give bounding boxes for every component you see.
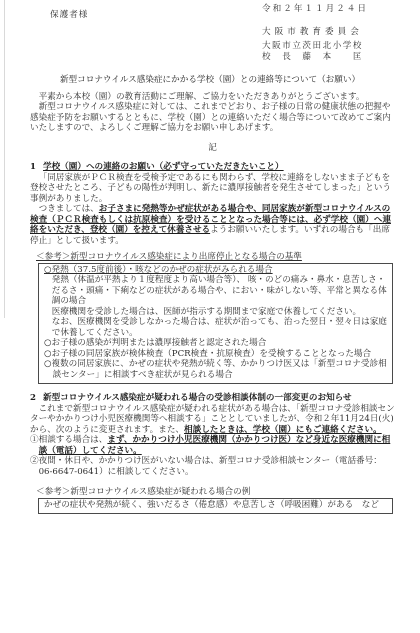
section-2-number: 2 — [30, 393, 36, 403]
box-item-fever-body-2: 医療機関を受診した場合は、医師が指示する期間まで家庭で休養してください。 — [52, 307, 387, 318]
section-2-heading-text: 新型コロナウイルス感染症が疑われる場合の受診相談体制の一部変更のお知らせ — [43, 393, 352, 403]
section-2-heading: 2新型コロナウイルス感染症が疑われる場合の受診相談体制の一部変更のお知らせ — [30, 393, 395, 404]
symptom-example-text: かぜの症状や発熱が続く、強いだるさ（倦怠感）や息苦しさ（呼吸困難）がある など — [44, 500, 387, 511]
section-1-paragraph-2: つきましては、お子さまに発熱等かぜ症状がある場合や、同居家族が新型コロナウイルス… — [30, 204, 395, 246]
intro-paragraph-2: 新型コロナウイルス感染症に対しては、これまでどおり、お子様の日常の健康状態の把握… — [30, 102, 395, 134]
document-title: 新型コロナウイルス感染症にかかる学校（園）との連絡等について（お願い） — [0, 75, 420, 86]
section-2-paragraph-1: これまで新型コロナウイルス感染症が疑われる症状がある場合は、「新型コロナ受診相談… — [30, 404, 395, 436]
symptom-example-box: かぜの症状や発熱が続く、強いだるさ（倦怠感）や息苦しさ（呼吸困難）がある など — [38, 498, 393, 515]
reference-label-2: ＜参考＞新型コロナウイルス感染症が疑われる場合の例 — [36, 487, 395, 498]
ki-marker: 記 — [30, 143, 395, 154]
recipient-label: 保護者様 — [50, 10, 88, 21]
box-item-family-test: ○お子様の同居家族が検体検査（PCR検査・抗原検査）を受検することとなった場合 — [44, 349, 387, 360]
document-date: 令和２年１１月２４日 — [262, 4, 368, 15]
section-2: 2新型コロナウイルス感染症が疑われる場合の受診相談体制の一部変更のお知らせ これ… — [30, 393, 395, 514]
consult-step-1: ①相談する場合は、まず、かかりつけ小児医療機関（かかりつけ医）など身近な医療機関… — [30, 435, 395, 456]
paragraph-text: ①相談する場合は、 — [30, 435, 107, 445]
paragraph-text: つきましては、 — [39, 204, 99, 214]
document-header-right: 令和２年１１月２４日 大阪市教育委員会 大阪市立茨田北小学校 校 長 藤 本 匡 — [262, 4, 368, 63]
emphasized-text: 相談したときは、学校（園）にもご連絡ください。 — [184, 425, 382, 435]
box-item-fever-body-3: なお、医療機関を受診しなかった場合は、症状が治っても、治った翌日・翌々日は家庭で… — [52, 317, 387, 338]
box-item-fever-body-1: 発熱（体温が平熱より１度程度より高い場合等）、 咳・のどの痛み・鼻水・息苦しさ・… — [52, 275, 387, 307]
section-1-heading-text: 学校（園）への連絡のお願い（必ず守っていただきたいこと） — [43, 162, 284, 172]
intro-paragraph-1: 平素から本校（園）の教育活動にご理解、ご協力をいただきありがとうございます。 — [30, 92, 395, 103]
principal-name: 校 長 藤 本 匡 — [262, 52, 368, 63]
scan-edge-artifact — [4, 0, 5, 318]
box-item-multiple-family: ○複数の同居家族に、かぜの症状や発熱が続く等、かかりつけ医又は「新型コロナ受診相… — [44, 359, 387, 380]
box-item-fever-title: ○発熱（37.5度前後）・咳などのかぜの症状がみられる場合 — [44, 265, 387, 276]
criteria-box: ○発熱（37.5度前後）・咳などのかぜの症状がみられる場合 発熱（体温が平熱より… — [38, 263, 393, 385]
issuing-organization: 大阪市教育委員会 — [262, 27, 368, 38]
document-body: 平素から本校（園）の教育活動にご理解、ご協力をいただきありがとうございます。 新… — [0, 92, 420, 515]
document-page: 保護者様 令和２年１１月２４日 大阪市教育委員会 大阪市立茨田北小学校 校 長 … — [0, 0, 420, 633]
section-1-paragraph-1: 「同居家族がＰＣＲ検査を受検予定であるにも関わらず、学校に連絡をしないまま子ども… — [30, 173, 395, 205]
section-1-number: 1 — [30, 162, 36, 172]
section-1: 1学校（園）への連絡のお願い（必ず守っていただきたいこと） 「同居家族がＰＣＲ検… — [30, 162, 395, 384]
reference-label-1: ＜参考＞新型コロナウイルス感染症により出席停止となる場合の基準 — [36, 252, 395, 263]
section-1-heading: 1学校（園）への連絡のお願い（必ず守っていただきたいこと） — [30, 162, 395, 173]
consult-step-2: ②夜間・休日や、かかりつけ医がいない場合は、新型コロナ受診相談センター（電話番号… — [30, 456, 395, 477]
box-item-infection-confirmed: ○お子様の感染が判明または濃厚接触者と認定された場合 — [44, 338, 387, 349]
school-name: 大阪市立茨田北小学校 — [262, 41, 368, 52]
